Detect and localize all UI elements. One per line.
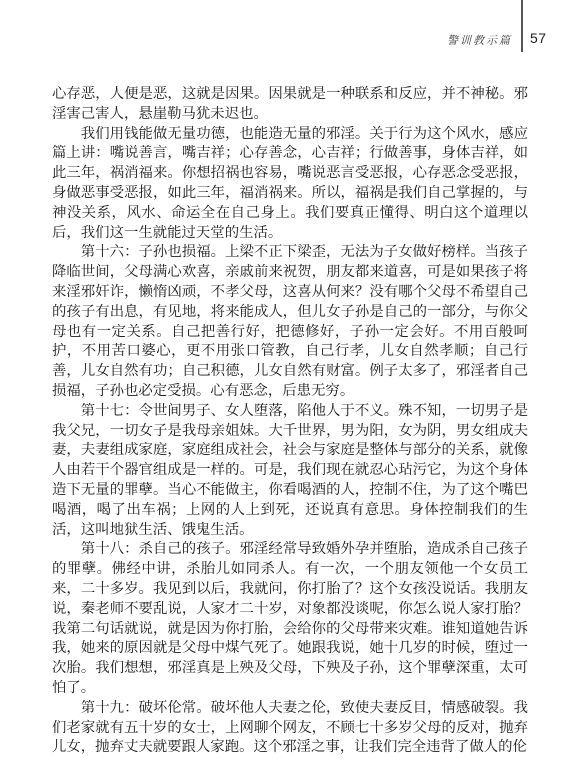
- page-number: 57: [530, 30, 547, 46]
- book-page: 警训教示篇 57 心存恶，人便是恶，这就是因果。因果就是一种联系和反应，并不神秘…: [0, 0, 580, 784]
- body-paragraph-item-18: 第十八：杀自己的孩子。邪淫经常导致婚外孕并堕胎，造成杀自己孩子的罪孽。佛经中讲，…: [52, 540, 528, 698]
- body-text: 心存恶，人便是恶，这就是因果。因果就是一种联系和反应，并不神秘。邪淫害己害人，悬…: [52, 85, 528, 758]
- body-paragraph-item-16: 第十六：子孙也损福。上梁不正下梁歪，无法为子女做好榜样。当孩子降临世间，父母满心…: [52, 243, 528, 401]
- body-paragraph: 我们用钱能做无量功德，也能造无量的邪淫。关于行为这个风水，感应篇上讲：嘴说善言，…: [52, 125, 528, 244]
- body-paragraph-item-17: 第十七：令世间男子、女人堕落，陷他人于不义。殊不知，一切男子是我父兄，一切女子是…: [52, 402, 528, 541]
- body-paragraph-item-19: 第十九：破坏伦常。破坏他人夫妻之伦，致使夫妻反目，情感破裂。我们老家就有五十岁的…: [52, 699, 528, 758]
- body-paragraph-continuation: 心存恶，人便是恶，这就是因果。因果就是一种联系和反应，并不神秘。邪淫害己害人，悬…: [52, 85, 528, 125]
- header-divider-line: [521, 0, 523, 52]
- running-title: 警训教示篇: [447, 32, 512, 48]
